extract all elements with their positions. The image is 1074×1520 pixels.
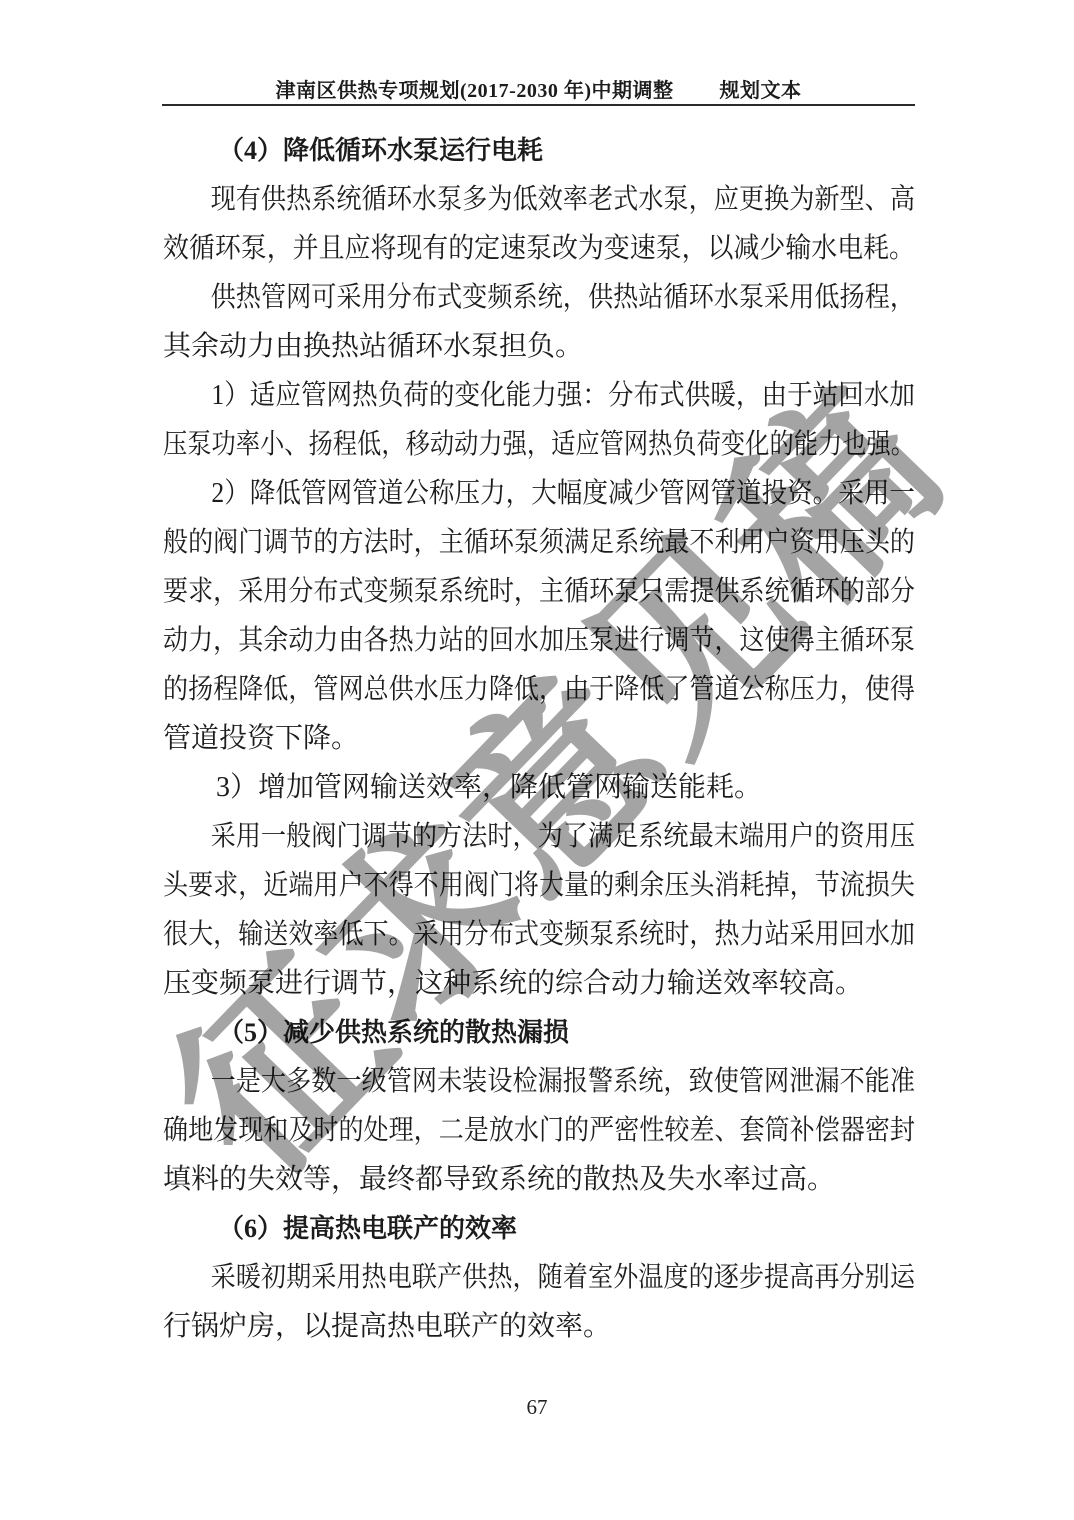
paragraph-line-text: 动力，其余动力由各热力站的回水加压泵进行调节，这使得主循环泵: [163, 616, 915, 665]
paragraph-line-text: 采暖初期采用热电联产供热，随着室外温度的逐步提高再分别运: [163, 1253, 915, 1302]
paragraph-line-text: 头要求，近端用户不得不用阀门将大量的剩余压头消耗掉，节流损失: [163, 861, 915, 910]
running-header: 津南区供热专项规划(2017-2030 年)中期调整规划文本: [162, 74, 915, 103]
paragraph-line-text: 一是大多数一级管网未装设检漏报警系统，致使管网泄漏不能准: [163, 1057, 915, 1106]
paragraph-line-text: 现有供热系统循环水泵多为低效率老式水泵，应更换为新型、高: [163, 175, 915, 224]
paragraph-line-text: 2）降低管网管道公称压力，大幅度减少管网管道投资。采用一: [163, 469, 915, 518]
paragraph-line: 一是大多数一级管网未装设检漏报警系统，致使管网泄漏不能准: [163, 1057, 915, 1106]
paragraph-line: 动力，其余动力由各热力站的回水加压泵进行调节，这使得主循环泵: [163, 616, 915, 665]
header-doc-type: 规划文本: [719, 80, 801, 102]
section-heading: （6）提高热电联产的效率: [163, 1204, 915, 1253]
paragraph-line: 供热管网可采用分布式变频系统，供热站循环水泵采用低扬程，: [163, 273, 915, 322]
paragraph-line-text: 采用一般阀门调节的方法时，为了满足系统最末端用户的资用压: [163, 812, 915, 861]
paragraph-line-text: 压变频泵进行调节，这种系统的综合动力输送效率较高。: [163, 959, 863, 1008]
paragraph-line-text: 要求，采用分布式变频泵系统时，主循环泵只需提供系统循环的部分: [163, 567, 915, 616]
header-title: 津南区供热专项规划(2017-2030 年)中期调整: [276, 80, 674, 102]
paragraph-line-text: 压泵功率小、扬程低，移动动力强，适应管网热负荷变化的能力也强。: [163, 420, 915, 469]
paragraph-line-text: 1）适应管网热负荷的变化能力强：分布式供暖，由于站回水加: [163, 371, 915, 420]
paragraph-line: 3）增加管网输送效率，降低管网输送能耗。: [163, 763, 915, 812]
paragraph-line: 管道投资下降。: [163, 714, 915, 763]
paragraph-line: 压变频泵进行调节，这种系统的综合动力输送效率较高。: [163, 959, 915, 1008]
header-rule: [162, 104, 915, 106]
paragraph-line: 般的阀门调节的方法时，主循环泵须满足系统最不利用户资用压头的: [163, 518, 915, 567]
paragraph-line: 确地发现和及时的处理，二是放水门的严密性较差、套筒补偿器密封: [163, 1106, 915, 1155]
paragraph-line-text: 3）增加管网输送效率，降低管网输送能耗。: [163, 763, 762, 812]
section-heading: （4）降低循环水泵运行电耗: [163, 126, 915, 175]
paragraph-line: 采暖初期采用热电联产供热，随着室外温度的逐步提高再分别运: [163, 1253, 915, 1302]
paragraph-line-text: 其余动力由换热站循环水泵担负。: [163, 322, 583, 371]
paragraph-line: 的扬程降低，管网总供水压力降低，由于降低了管道公称压力，使得: [163, 665, 915, 714]
section-heading: （5）减少供热系统的散热漏损: [163, 1008, 915, 1057]
paragraph-line: 采用一般阀门调节的方法时，为了满足系统最末端用户的资用压: [163, 812, 915, 861]
section-heading-text: （6）提高热电联产的效率: [163, 1204, 517, 1253]
paragraph-line-text: 效循环泵，并且应将现有的定速泵改为变速泵，以减少输水电耗。: [163, 224, 915, 273]
paragraph-line: 填料的失效等，最终都导致系统的散热及失水率过高。: [163, 1155, 915, 1204]
paragraph-line-text: 供热管网可采用分布式变频系统，供热站循环水泵采用低扬程，: [163, 273, 915, 322]
paragraph-line-text: 行锅炉房，以提高热电联产的效率。: [163, 1302, 611, 1351]
section-heading-text: （4）降低循环水泵运行电耗: [163, 126, 543, 175]
paragraph-line: 行锅炉房，以提高热电联产的效率。: [163, 1302, 915, 1351]
page-number: 67: [0, 1392, 1074, 1422]
section-heading-text: （5）减少供热系统的散热漏损: [163, 1008, 569, 1057]
paragraph-line-text: 很大，输送效率低下。采用分布式变频泵系统时，热力站采用回水加: [163, 910, 915, 959]
paragraph-line: 要求，采用分布式变频泵系统时，主循环泵只需提供系统循环的部分: [163, 567, 915, 616]
paragraph-line-text: 的扬程降低，管网总供水压力降低，由于降低了管道公称压力，使得: [163, 665, 915, 714]
paragraph-line: 头要求，近端用户不得不用阀门将大量的剩余压头消耗掉，节流损失: [163, 861, 915, 910]
paragraph-line: 压泵功率小、扬程低，移动动力强，适应管网热负荷变化的能力也强。: [163, 420, 915, 469]
paragraph-line: 2）降低管网管道公称压力，大幅度减少管网管道投资。采用一: [163, 469, 915, 518]
paragraph-line: 其余动力由换热站循环水泵担负。: [163, 322, 915, 371]
document-page: 津南区供热专项规划(2017-2030 年)中期调整规划文本 （4）降低循环水泵…: [0, 0, 1074, 1520]
paragraph-line: 很大，输送效率低下。采用分布式变频泵系统时，热力站采用回水加: [163, 910, 915, 959]
paragraph-line: 效循环泵，并且应将现有的定速泵改为变速泵，以减少输水电耗。: [163, 224, 915, 273]
paragraph-line: 现有供热系统循环水泵多为低效率老式水泵，应更换为新型、高: [163, 175, 915, 224]
paragraph-line: 1）适应管网热负荷的变化能力强：分布式供暖，由于站回水加: [163, 371, 915, 420]
paragraph-line-text: 填料的失效等，最终都导致系统的散热及失水率过高。: [163, 1155, 835, 1204]
content-area: （4）降低循环水泵运行电耗现有供热系统循环水泵多为低效率老式水泵，应更换为新型、…: [163, 126, 915, 1351]
paragraph-line-text: 管道投资下降。: [163, 714, 359, 763]
paragraph-line-text: 确地发现和及时的处理，二是放水门的严密性较差、套筒补偿器密封: [163, 1106, 915, 1155]
paragraph-line-text: 般的阀门调节的方法时，主循环泵须满足系统最不利用户资用压头的: [163, 518, 915, 567]
